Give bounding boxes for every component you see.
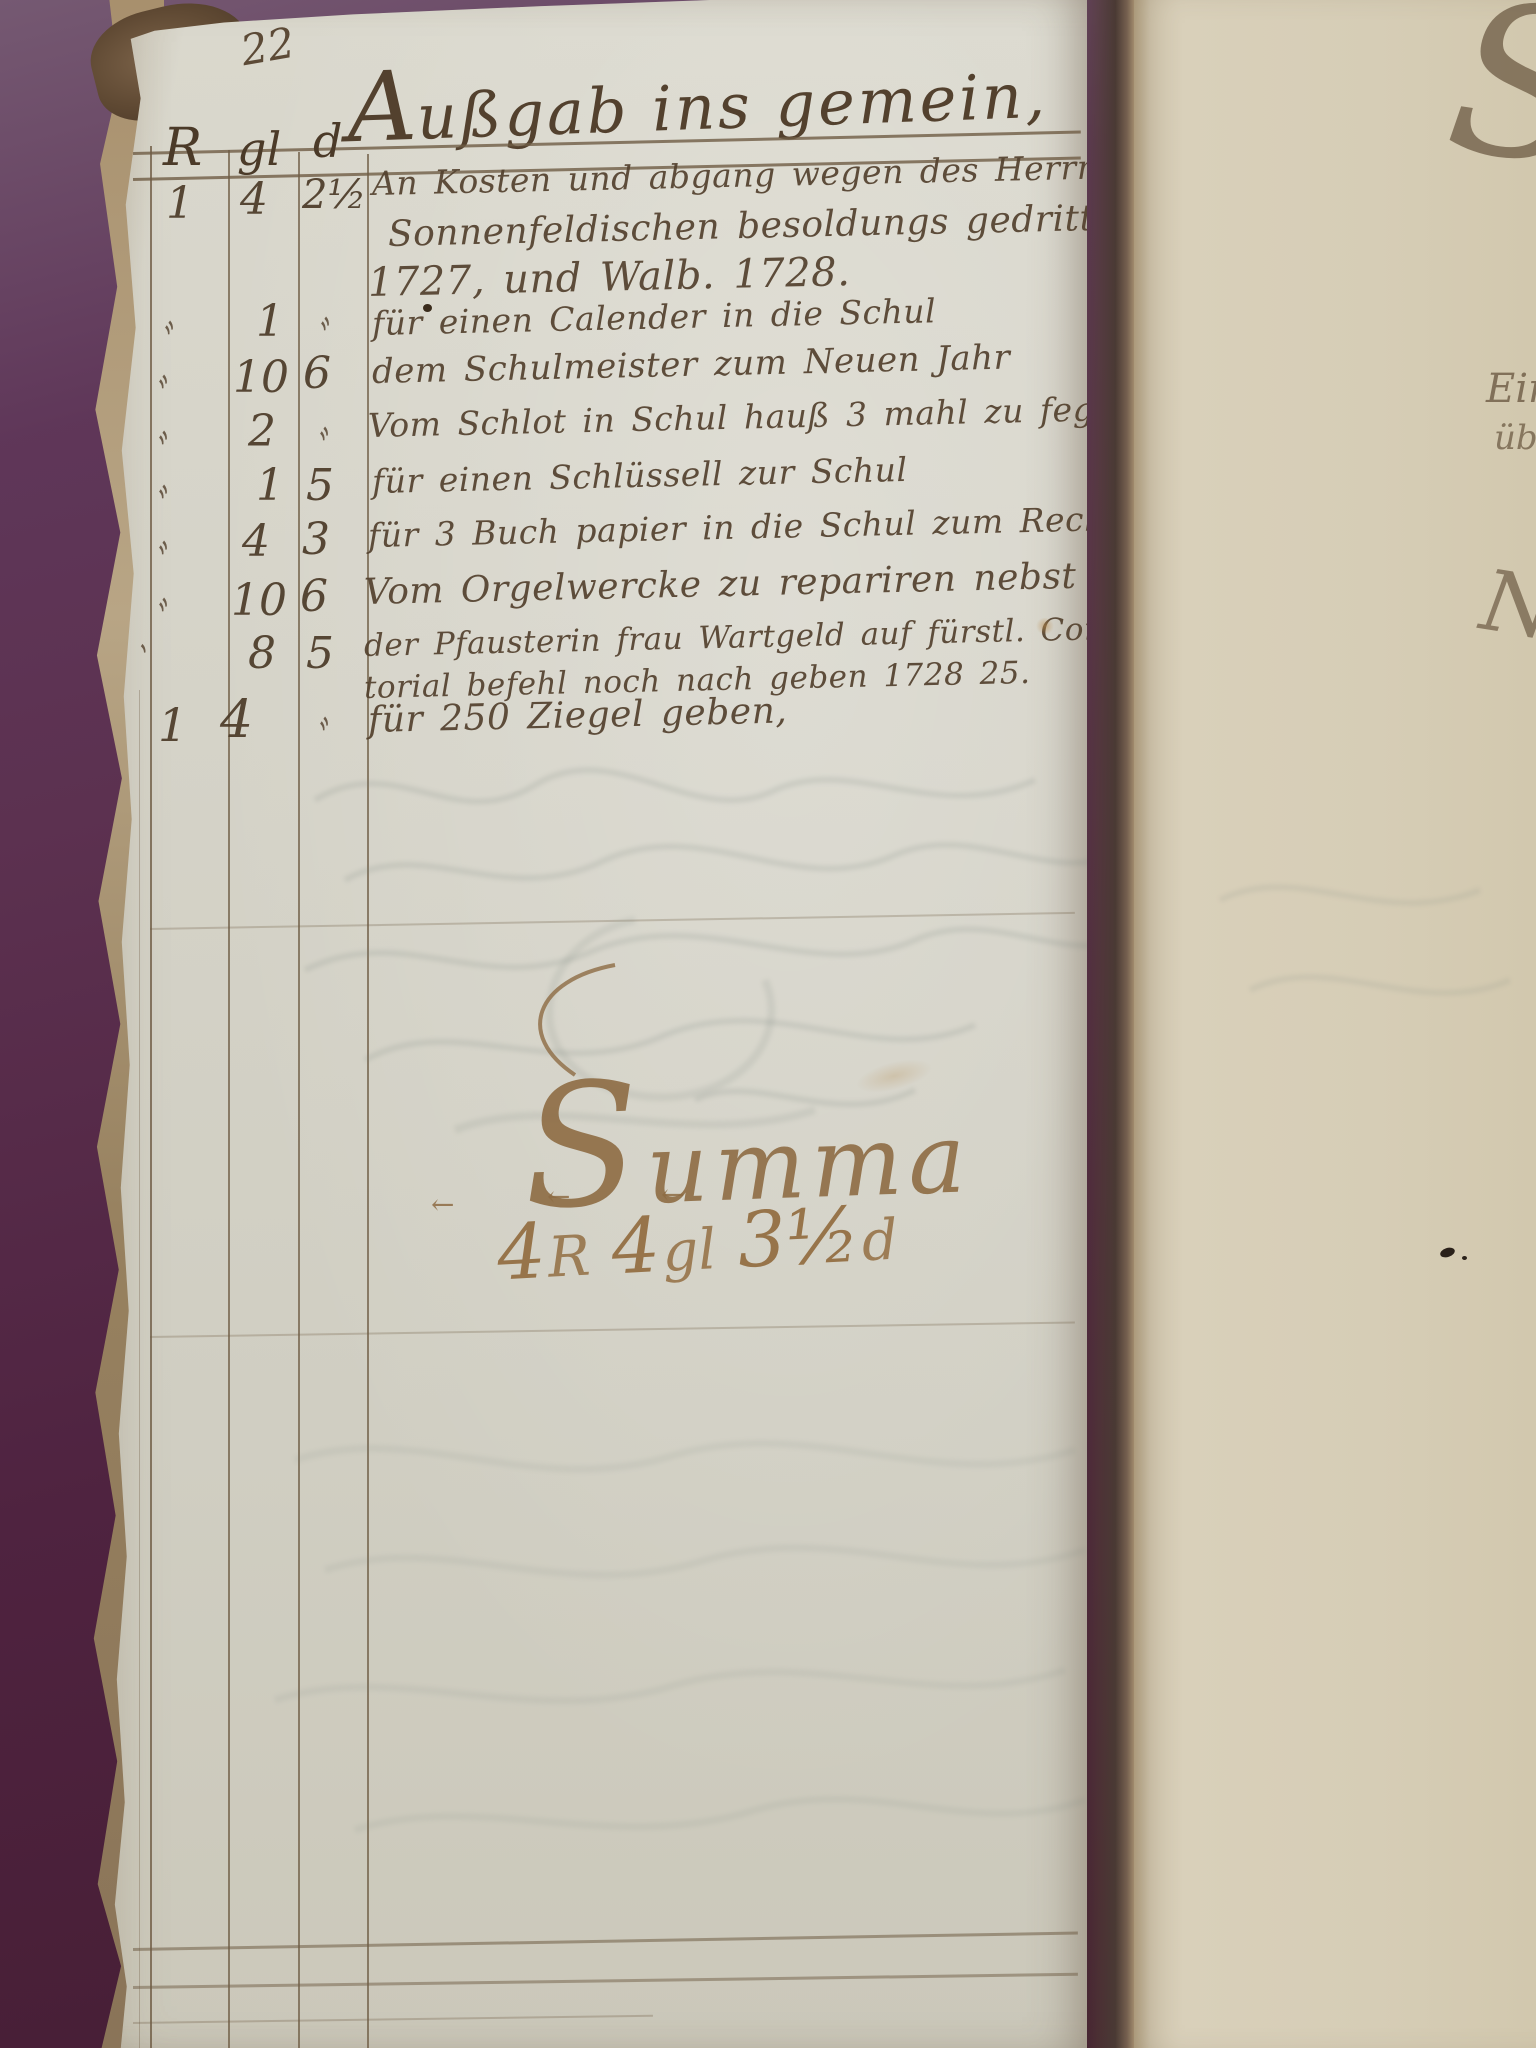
summa-unit: d (860, 1208, 899, 1275)
manuscript-page: 22 Außgab ins gemein, R gl d 142½An Kost… (95, 0, 1087, 2048)
amount-d: „ (298, 701, 336, 734)
amount-fl: „ (137, 582, 175, 615)
amount-fl: 1 (158, 698, 187, 752)
amount-d: 5 (306, 460, 334, 511)
amount-d: „ (299, 301, 337, 334)
bleed-through-lower (235, 1400, 1115, 1920)
entry-text: für 3 Buch papier in die Schul zum Rechn… (368, 498, 1170, 555)
amount-gl: 4 (220, 690, 253, 750)
stain (1035, 618, 1055, 634)
summa-amount-part: 4R (495, 1204, 592, 1298)
ink-blot (423, 304, 432, 312)
entry-text: für einen Schlüssell zur Schul (372, 450, 908, 501)
page-number: 22 (237, 18, 298, 76)
column-header-gulden: R (163, 118, 202, 178)
amount-d: 6 (303, 348, 331, 399)
summa-unit: gl (661, 1217, 718, 1285)
bottom-rule (133, 1973, 1078, 1989)
amount-fl: „ (137, 359, 175, 392)
summa-value: 4 (609, 1200, 662, 1291)
summa-value: 3½ (735, 1190, 862, 1285)
summa-amount-part: 4gl (609, 1197, 718, 1291)
summa-amount-part: 3½d (735, 1188, 899, 1285)
entry-text: Vom Schlot in Schul hauß 3 mahl zu fegen… (368, 388, 1148, 445)
amount-gl: 4 (240, 174, 268, 225)
facing-page-fragment: üb (1494, 418, 1536, 458)
bottom-rule (133, 2015, 653, 2024)
amount-d: 6 (300, 571, 328, 622)
column-rule (139, 690, 140, 2048)
bottom-rule (133, 1932, 1078, 1951)
photo-of-ledger: 22 Außgab ins gemein, R gl d 142½An Kost… (0, 0, 1536, 2048)
amount-fl: „ (137, 469, 175, 502)
amount-fl: 1 (166, 178, 194, 229)
amount-gl: 1 (256, 296, 284, 347)
facing-page-fragment: Einn (1486, 366, 1536, 412)
arrow-mark: ← (431, 1188, 454, 1221)
entry-text: für 250 Ziegel geben, (368, 690, 788, 741)
column-rule (228, 150, 230, 2048)
summa-value: 4 (495, 1206, 548, 1297)
amount-fl: „ (137, 525, 175, 558)
mid-rule (150, 1321, 1075, 1338)
amount-d: 5 (306, 628, 334, 679)
amount-gl: 2 (248, 406, 276, 457)
summa-flourish (455, 955, 635, 1085)
summa-unit: R (546, 1224, 592, 1291)
amount-d: 3 (302, 514, 330, 565)
amount-fl: „ (137, 415, 175, 448)
amount-gl: 10 (233, 352, 289, 403)
column-header-pfennig: d (313, 114, 342, 168)
amount-fl: „ (143, 305, 181, 338)
facing-page-bleed (1180, 840, 1520, 1060)
amount-d: 2½ (302, 172, 366, 218)
amount-gl: 4 (242, 516, 270, 567)
amount-gl: 10 (231, 575, 287, 626)
amount-gl: 1 (256, 460, 284, 511)
amount-d: „ (298, 411, 336, 444)
entry-text: dem Schulmeister zum Neuen Jahr (372, 338, 1011, 392)
fly-speck (1462, 1256, 1467, 1260)
page-title: Außgab ins gemein, (345, 28, 1049, 164)
column-header-groschen: gl (237, 122, 281, 176)
amount-gl: 8 (248, 628, 276, 679)
